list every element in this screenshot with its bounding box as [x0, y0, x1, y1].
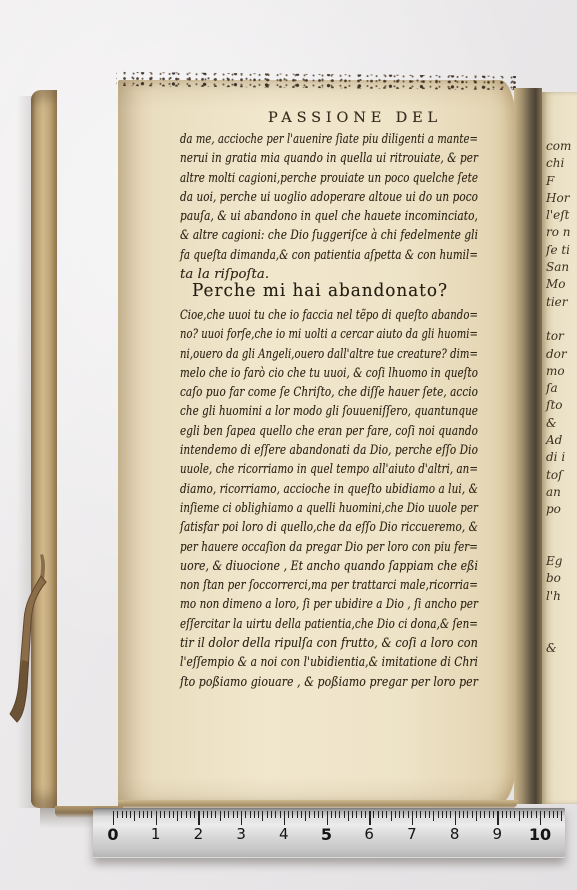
ruler-tick — [536, 811, 537, 818]
ruler-tick — [262, 811, 263, 821]
text-line: da uoi, perche ui uoglio adoperare altou… — [180, 186, 478, 205]
text-line: ſto poßiamo giouare , & poßiamo pregar p… — [180, 671, 478, 690]
ruler-tick — [523, 811, 524, 818]
ruler-number: 2 — [194, 825, 204, 843]
ruler-tick — [254, 811, 255, 818]
text-line: fa queſta dimanda,& con patientia aſpett… — [180, 244, 478, 263]
ruler-tick — [245, 811, 246, 818]
ruler-tick — [403, 811, 404, 818]
ruler-tick — [134, 811, 135, 821]
ruler-tick — [412, 811, 413, 825]
facing-page-fragment — [546, 605, 577, 622]
ruler-tick — [472, 811, 473, 818]
ruler-tick — [280, 811, 281, 818]
ruler-tick — [318, 811, 319, 818]
text-line: eſſercitar la uirtu della patientia,che … — [180, 613, 478, 632]
facing-page-fragment: l'eſt — [546, 207, 577, 224]
ruler-tick — [378, 811, 379, 818]
ruler-tick — [122, 811, 123, 818]
ruler-tick — [126, 811, 127, 818]
ruler-tick — [233, 811, 234, 818]
ruler-tick — [288, 811, 289, 818]
facing-page-fragment: & — [546, 640, 577, 657]
facing-page-sliver: comchiFHorl'eſtro nſe tiSanMotier tordor… — [542, 92, 577, 804]
ruler-tick — [561, 811, 562, 821]
text-line: uore, & diuocione , Et ancho quando ſapp… — [180, 555, 478, 574]
ruler-tick — [271, 811, 272, 818]
ruler-tick — [292, 811, 293, 818]
ruler-tick — [169, 811, 170, 818]
facing-page-fragment: bo — [546, 570, 577, 587]
ruler-tick — [237, 811, 238, 818]
text-line: & altre cagioni: che Dio ſuggeriſce à ch… — [180, 224, 478, 243]
facing-page-fragment: Mo — [546, 276, 577, 293]
ruler-tick — [156, 811, 157, 825]
ruler-tick — [220, 811, 221, 821]
ruler-tick — [352, 811, 353, 818]
ruler-tick — [493, 811, 494, 818]
stained-head-edge — [116, 72, 516, 90]
ruler-tick — [275, 811, 276, 818]
ruler-tick — [143, 811, 144, 818]
text-line: no? uuoi forſe,che io mi uolti a cercar … — [180, 323, 478, 342]
ruler-number: 1 — [151, 825, 161, 843]
ruler-tick — [420, 811, 421, 818]
text-line: ni,ouero da gli Angeli,ouero dall'altre … — [180, 343, 478, 362]
text-line: altre molti cagioni,perche prouiate un p… — [180, 167, 478, 186]
text-line: tir il dolor della ripulſa con frutto, &… — [180, 632, 478, 651]
ruler-tick — [433, 811, 434, 821]
facing-page-fragment: com — [546, 138, 577, 155]
ruler-tick — [130, 811, 131, 818]
leather-tie — [0, 550, 60, 735]
ruler-tick — [117, 811, 118, 818]
ruler-number: 10 — [529, 825, 551, 844]
facing-page-fragment: F — [546, 173, 577, 190]
ruler-tick — [373, 811, 374, 818]
ruler-number: 6 — [364, 825, 374, 843]
text-line: per hauere occaſion da pregar Dio per lo… — [180, 536, 478, 555]
ruler-tick — [228, 811, 229, 818]
ruler-tick — [139, 811, 140, 818]
ruler-tick — [211, 811, 212, 818]
ruler-number: 7 — [407, 825, 417, 843]
ruler-tick — [450, 811, 451, 818]
ruler-tick — [297, 811, 298, 818]
facing-page-fragment: ſe ti — [546, 242, 577, 259]
facing-page-fragment: tier — [546, 294, 577, 311]
gutter-shadow — [514, 88, 542, 804]
facing-page-fragment: tor — [546, 328, 577, 345]
ruler-tick — [327, 811, 328, 825]
ruler-number: 3 — [236, 825, 246, 843]
section-heading-text: Perche mi hai abandonato? — [192, 280, 448, 301]
text-line: intendemo di eſſere abandonati da Dio, p… — [180, 439, 478, 458]
ruler-tick — [442, 811, 443, 818]
ruler-tick — [224, 811, 225, 818]
photo-background: PASSIONE DEL da me, accioche per l'aueni… — [0, 0, 577, 890]
ruler-tick — [147, 811, 148, 818]
ruler-tick — [267, 811, 268, 818]
ruler-tick — [335, 811, 336, 818]
facing-page-fragment — [546, 536, 577, 553]
ruler-tick — [476, 811, 477, 821]
ruler-tick — [489, 811, 490, 818]
text-line: non ſtan per ſoccorrerci,ma per trattarc… — [180, 574, 478, 593]
ruler-tick — [348, 811, 349, 821]
ruler-tick — [455, 811, 456, 825]
facing-page-fragment: dor — [546, 346, 577, 363]
facing-page-fragment: an — [546, 484, 577, 501]
ruler-tick — [250, 811, 251, 818]
ruler-tick — [506, 811, 507, 818]
ruler-tick — [540, 811, 541, 825]
paragraph-1: da me, accioche per l'auenire ſiate piu … — [180, 128, 478, 282]
ruler-tick — [549, 811, 550, 818]
ruler-number: 9 — [493, 825, 503, 843]
facing-page-fragment — [546, 311, 577, 328]
book-page: PASSIONE DEL da me, accioche per l'aueni… — [118, 80, 516, 806]
text-line: diamo, ricorriamo, accioche in queſto ub… — [180, 478, 478, 497]
ruler-tick — [544, 811, 545, 818]
ruler-tick — [215, 811, 216, 818]
text-line: che gli huomini a lor modo gli ſouueniſſ… — [180, 400, 478, 419]
ruler-tick — [339, 811, 340, 818]
ruler-tick — [459, 811, 460, 818]
facing-page-fragment: di i — [546, 449, 577, 466]
facing-page-fragment — [546, 519, 577, 536]
ruler-tick — [399, 811, 400, 818]
facing-page-fragment: San — [546, 259, 577, 276]
facing-page-fragment: chi — [546, 155, 577, 172]
section-heading: Perche mi hai abandonato? — [192, 280, 448, 304]
ruler-tick — [514, 811, 515, 818]
ruler-tick — [395, 811, 396, 818]
text-line: ſatisfar poi loro di quello,che da eſſo … — [180, 516, 478, 535]
ruler-tick — [241, 811, 242, 825]
ruler-tick — [173, 811, 174, 818]
facing-page-fragment: l'h — [546, 588, 577, 605]
facing-page-fragment: Hor — [546, 190, 577, 207]
ruler-tick — [425, 811, 426, 818]
ruler-tick — [467, 811, 468, 818]
facing-page-fragment — [546, 622, 577, 639]
ruler-tick — [198, 811, 199, 825]
text-line: pauſa, & ui abandono in quel che hauete … — [180, 205, 478, 224]
ruler-tick — [519, 811, 520, 821]
ruler-tick — [463, 811, 464, 818]
ruler-tick — [344, 811, 345, 818]
ruler-number: 4 — [279, 825, 289, 843]
running-header-text: PASSIONE DEL — [268, 110, 442, 126]
paragraph-2: Cioe,che uuoi tu che io faccia nel tẽpo … — [180, 304, 478, 690]
text-line: da me, accioche per l'auenire ſiate piu … — [180, 128, 478, 147]
ruler-tick — [177, 811, 178, 821]
ruler-tick — [301, 811, 302, 818]
ruler-tick — [446, 811, 447, 818]
ruler: 012345678910 — [93, 808, 565, 858]
ruler-tick — [305, 811, 306, 821]
ruler-tick — [527, 811, 528, 818]
ruler-tick — [207, 811, 208, 818]
running-header: PASSIONE DEL — [268, 107, 442, 125]
ruler-tick — [314, 811, 315, 818]
ruler-number: 5 — [321, 825, 332, 844]
ruler-tick — [369, 811, 370, 825]
ruler-tick — [531, 811, 532, 818]
text-line: l'eſſempio & a noi con l'ubidientia,& im… — [180, 651, 478, 670]
ruler-tick — [480, 811, 481, 818]
facing-page-fragments: comchiFHorl'eſtro nſe tiSanMotier tordor… — [546, 138, 577, 657]
ruler-tick — [510, 811, 511, 818]
facing-page-fragment: Ad — [546, 432, 577, 449]
ruler-tick — [361, 811, 362, 818]
ruler-tick — [113, 811, 114, 825]
text-line: caſo puo far come ſe Chriſto, che diſſe … — [180, 381, 478, 400]
facing-page-fragment: toſ — [546, 467, 577, 484]
ruler-tick — [331, 811, 332, 818]
ruler-tick — [438, 811, 439, 818]
ruler-tick — [553, 811, 554, 818]
facing-page-fragment: po — [546, 501, 577, 518]
ruler-tick — [502, 811, 503, 818]
ruler-tick — [160, 811, 161, 818]
ruler-tick — [151, 811, 152, 818]
ruler-tick — [429, 811, 430, 818]
ruler-number: 0 — [107, 825, 118, 844]
ruler-tick — [386, 811, 387, 818]
text-line: nerui in gratia mia quando in quella ui … — [180, 147, 478, 166]
ruler-tick — [181, 811, 182, 818]
ruler-tick — [194, 811, 195, 818]
facing-page-fragment: ſto — [546, 397, 577, 414]
facing-page-fragment: ro n — [546, 224, 577, 241]
facing-page-fragment: mo — [546, 363, 577, 380]
ruler-tick — [186, 811, 187, 818]
text-line: mo non dimeno a loro, ſi per ubidire a D… — [180, 593, 478, 612]
ruler-tick — [391, 811, 392, 821]
ruler-tick — [484, 811, 485, 818]
ruler-tick — [309, 811, 310, 818]
ruler-tick — [190, 811, 191, 818]
text-line: egli ben ſapea quello che eran per fare,… — [180, 420, 478, 439]
ruler-tick — [497, 811, 498, 825]
ruler-tick — [382, 811, 383, 818]
ruler-tick — [416, 811, 417, 818]
ruler-tick — [356, 811, 357, 818]
page-stack-fore-edge — [55, 84, 119, 810]
text-line: Cioe,che uuoi tu che io faccia nel tẽpo … — [180, 304, 478, 323]
facing-page-fragment: ſa — [546, 380, 577, 397]
text-line: inſieme ci oblighiamo a quelli huomini,c… — [180, 497, 478, 516]
ruler-tick — [557, 811, 558, 818]
facing-page-fragment: Eg — [546, 553, 577, 570]
ruler-number: 8 — [450, 825, 460, 843]
ruler-tick — [203, 811, 204, 818]
ruler-tick — [284, 811, 285, 825]
ruler-tick — [365, 811, 366, 818]
facing-page-fragment: & — [546, 415, 577, 432]
text-line: uuole, che ricorriamo in quel tempo all'… — [180, 458, 478, 477]
ruler-tick — [164, 811, 165, 818]
ruler-tick — [258, 811, 259, 818]
ruler-tick — [322, 811, 323, 818]
text-line: melo che io farò cio che tu uuoi, & coſi… — [180, 362, 478, 381]
ruler-tick — [408, 811, 409, 818]
